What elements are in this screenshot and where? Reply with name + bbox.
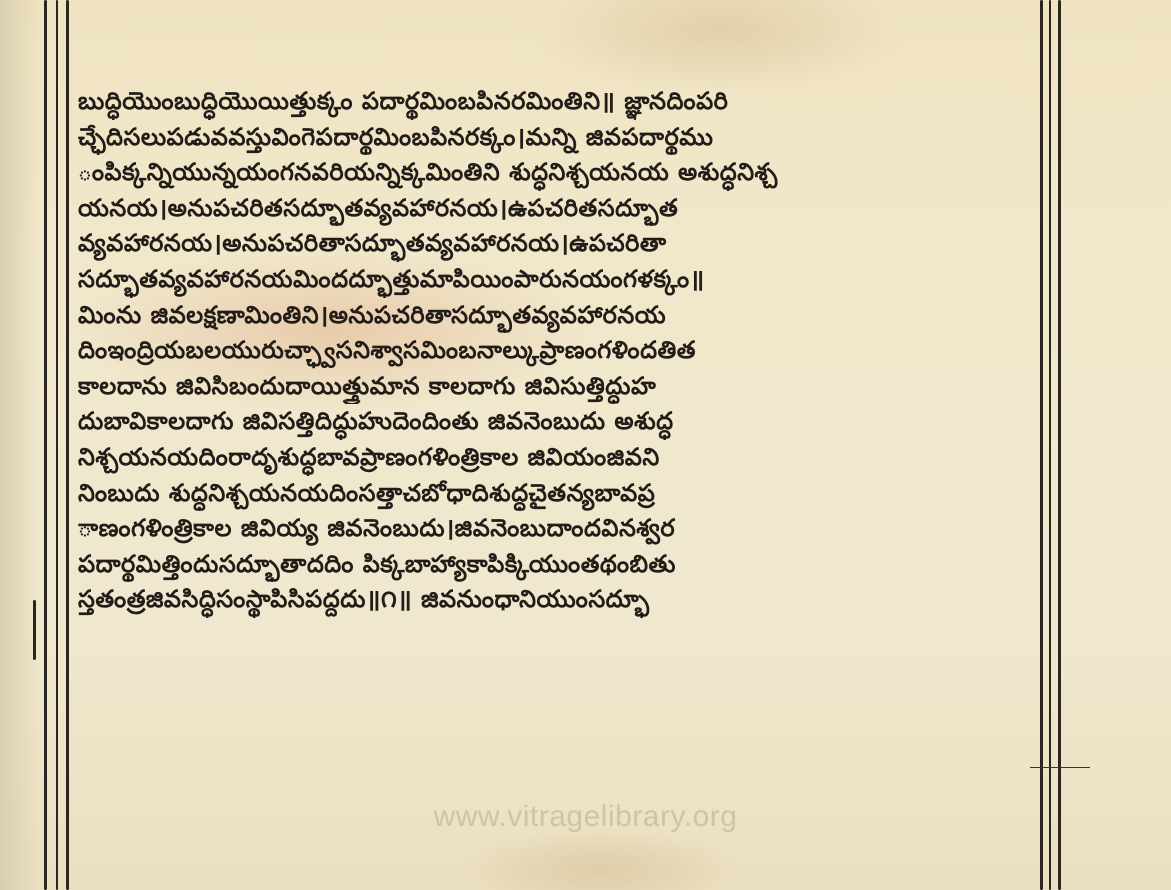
text-line: దుబావికాలదాగు జివిసత్తిదిద్ధుహుదెందింతు … [78, 404, 1040, 440]
text-line: యనయ।అనుపచరితసద్భూతవ్యవహారనయ।ఉపచరితసద్భూత [78, 191, 1040, 227]
right-margin-rule-outer [1058, 0, 1061, 890]
text-line: స్తతంత్రజివసిద్ధిసంస్థాపిసిపద్దదు॥౧॥ జివ… [78, 582, 1040, 618]
line-end-stroke [1030, 767, 1090, 768]
margin-ink-mark [33, 600, 36, 660]
text-line: వ్యవహారనయ।అనుపచరితాసద్భూతవ్యవహారనయ।ఉపచరి… [78, 226, 1040, 262]
text-line: చ్ఛేదిసలుపడువవస్తువింగెపదార్థమింబపినరక్క… [78, 120, 1040, 156]
right-margin-rule-middle [1049, 0, 1051, 890]
text-line: నింబుదు శుద్ధనిశ్చయనయదింసత్తాచబోధాదిశుద్… [78, 476, 1040, 512]
manuscript-text-block: బుద్ధియొంబుద్ధియొయిత్తుక్కం పదార్థమింబపి… [78, 84, 1040, 618]
right-margin-rule-inner [1040, 0, 1043, 890]
text-line: ాణంగళింత్రికాల జివియ్య జివనెంబుదు।జివనెం… [78, 511, 1040, 547]
page-edge-shadow [0, 0, 40, 890]
text-line: కాలదాను జివిసిబందుదాయిత్త్రుమాన కాలదాగు … [78, 369, 1040, 405]
watermark: www.vitragelibrary.org [0, 800, 1171, 834]
text-line: పదార్థమిత్తిందుసద్భూతాదదిం పిక్కబాహ్యాకా… [78, 547, 1040, 583]
text-line: బుద్ధియొంబుద్ధియొయిత్తుక్కం పదార్థమింబపి… [78, 84, 1040, 120]
text-line: సద్భూతవ్యవహారనయమిందద్భూత్తుమాపియింపారునయ… [78, 262, 1040, 298]
text-line: మింను జివలక్షణామింతిని।అనుపచరితాసద్భూతవ్… [78, 298, 1040, 334]
left-margin-rule-outer [44, 0, 47, 890]
text-line: దింఇంద్రియబలయురుచ్ఛ్వాసనిశ్వాసమింబనాల్కు… [78, 333, 1040, 369]
manuscript-page: బుద్ధియొంబుద్ధియొయిత్తుక్కం పదార్థమింబపి… [0, 0, 1171, 890]
left-margin-rule-inner [66, 0, 69, 890]
text-line: ంపిక్కన్నియున్నయంగనవరియన్నిక్కమింతిని శు… [78, 155, 1040, 191]
left-margin-rule-middle [56, 0, 58, 890]
text-line: నిశ్చయనయదింరాదృశుద్ధబావప్రాణంగళింత్రికాల… [78, 440, 1040, 476]
